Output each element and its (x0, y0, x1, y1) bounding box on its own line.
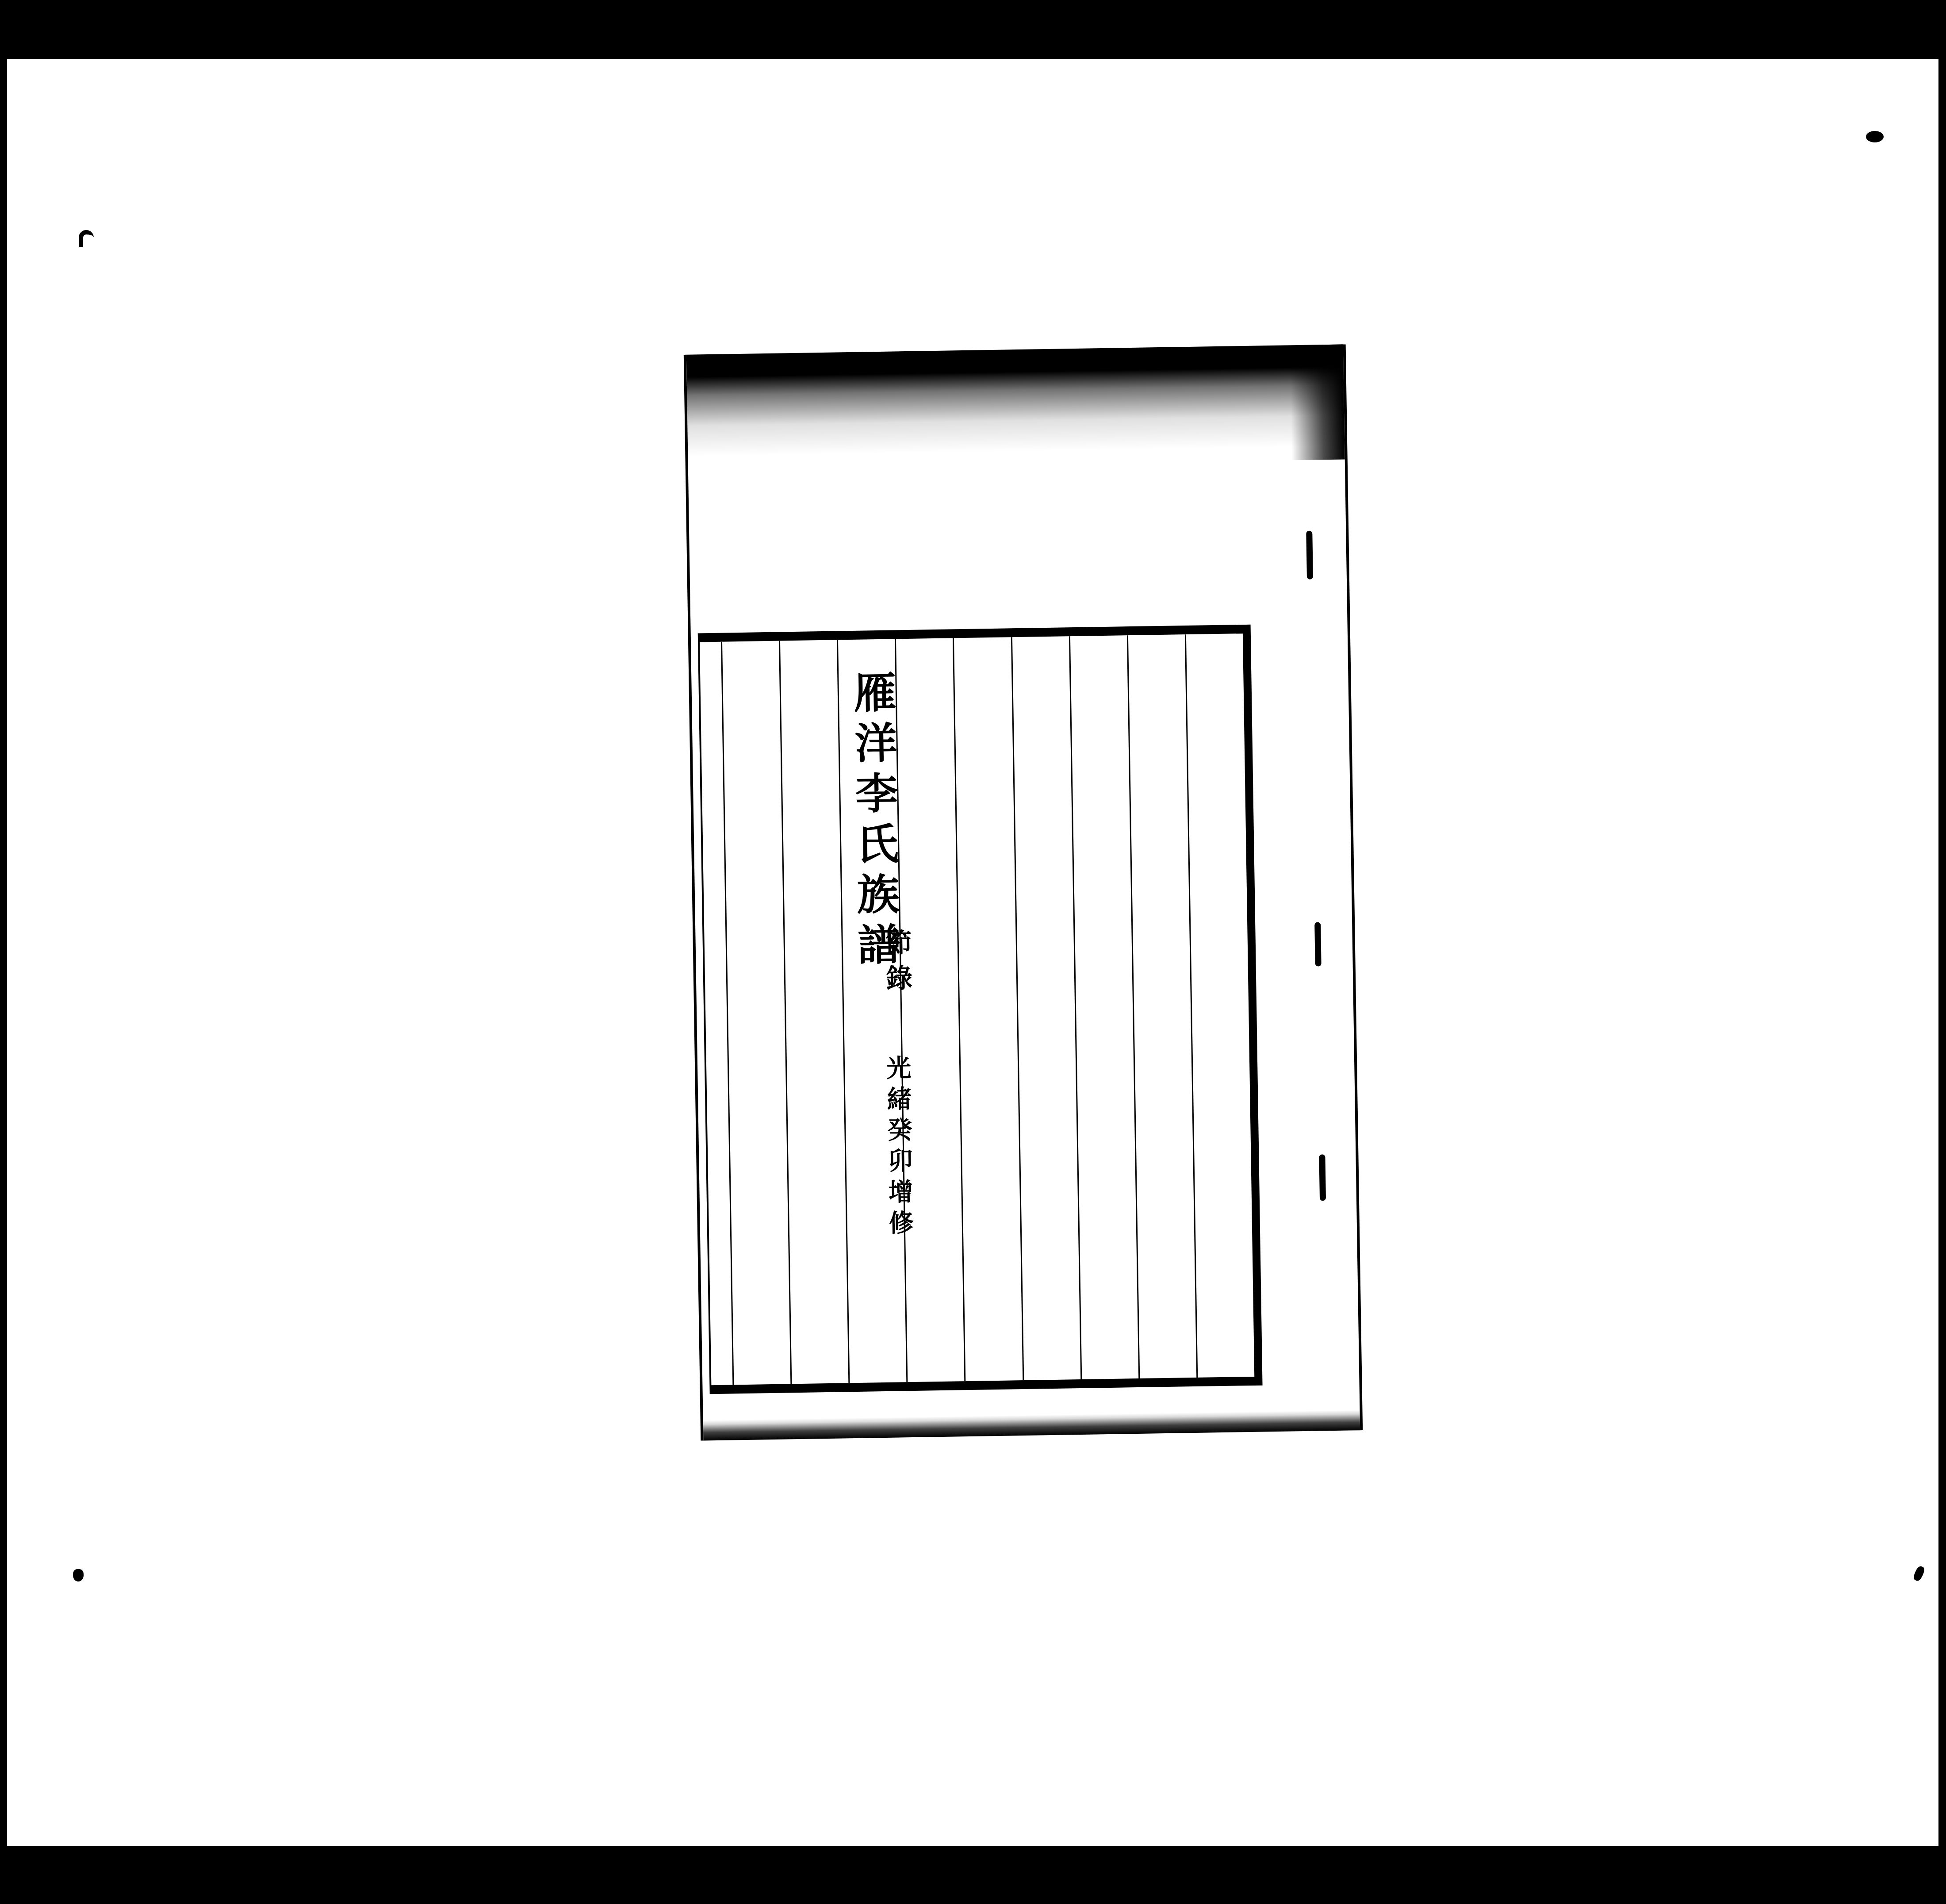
scan-border-bottom (0, 1846, 1946, 1904)
binding-stitch-mark (1306, 531, 1313, 580)
scan-border-top (0, 0, 1946, 59)
scan-border-right (1938, 0, 1946, 1904)
book-cover: 雁洋李氏族譜 節錄 光緒癸卯增修 (684, 344, 1363, 1440)
label-column (779, 640, 848, 1384)
scan-border-left (0, 0, 7, 1904)
label-column (1185, 633, 1254, 1378)
title-label-frame: 雁洋李氏族譜 節錄 光緒癸卯增修 (698, 625, 1263, 1394)
crop-mark-bottom-right (1912, 1565, 1926, 1582)
label-column (721, 641, 790, 1385)
label-column (1011, 636, 1080, 1380)
binding-stitch-mark (1314, 922, 1322, 966)
label-column (1127, 634, 1196, 1378)
book-title: 雁洋李氏族譜 (850, 670, 897, 973)
crop-mark-bottom-left (73, 1569, 84, 1582)
crop-mark-top-left (79, 230, 94, 247)
cover-wear-bottom (703, 1410, 1360, 1440)
label-column (953, 637, 1022, 1381)
label-column-title: 雁洋李氏族譜 節錄 光緒癸卯增修 (837, 639, 906, 1383)
cover-wear-top (686, 344, 1345, 456)
label-column (1069, 635, 1138, 1379)
binding-stitch-mark (1319, 1154, 1326, 1201)
label-column (895, 638, 964, 1382)
crop-mark-top-right (1866, 131, 1884, 142)
